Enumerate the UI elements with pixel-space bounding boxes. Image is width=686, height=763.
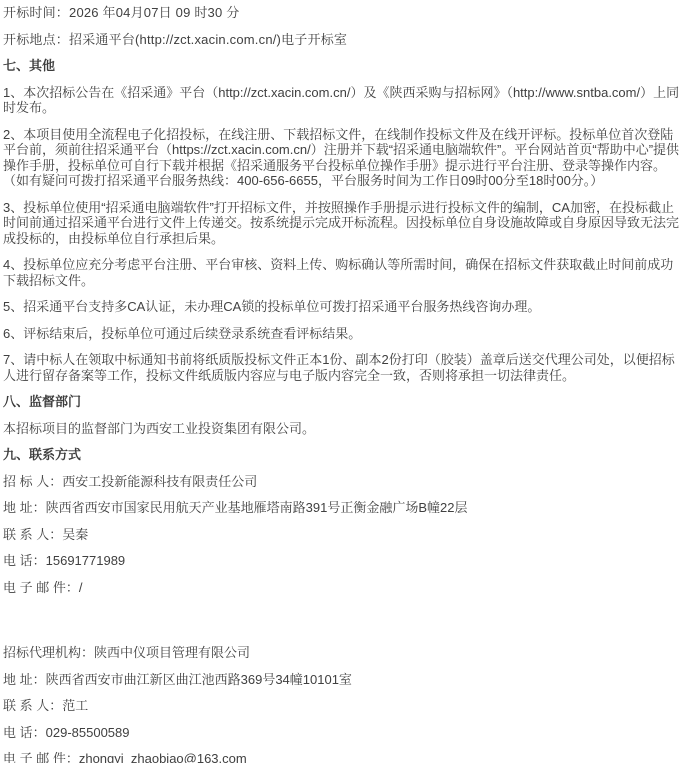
tenderer-phone-label: 电 话： <box>3 553 46 568</box>
section-heading-other: 七、其他 <box>3 58 682 74</box>
agency-contact-person-label: 联 系 人： <box>3 698 62 713</box>
bid-opening-time-line: 开标时间：2026 年04月07日 09 时30 分 <box>3 5 682 21</box>
agency-name-value: 陕西中仪项目管理有限公司 <box>94 645 250 660</box>
section-heading-contact: 九、联系方式 <box>3 447 682 463</box>
tenderer-phone-line: 电 话：15691771989 <box>3 553 682 569</box>
agency-name-line: 招标代理机构：陕西中仪项目管理有限公司 <box>3 645 682 661</box>
tenderer-phone-value: 15691771989 <box>46 553 126 568</box>
other-paragraph-4: 4、投标单位应充分考虑平台注册、平台审核、资料上传、购标确认等所需时间，确保在招… <box>3 257 682 288</box>
tenderer-contact-person-label: 联 系 人： <box>3 527 62 542</box>
agency-contact-person-value: 范工 <box>62 698 88 713</box>
agency-email-line: 电 子 邮 件：zhongyi_zhaobiao@163.com <box>3 751 682 763</box>
tenderer-name-label: 招 标 人： <box>3 474 62 489</box>
tender-announcement-document: 开标时间：2026 年04月07日 09 时30 分 开标地点：招采通平台(ht… <box>0 0 686 763</box>
supervision-body: 本招标项目的监督部门为西安工业投资集团有限公司。 <box>3 421 682 437</box>
tenderer-email-label: 电 子 邮 件： <box>3 580 79 595</box>
tenderer-contact-person-value: 吴秦 <box>62 527 88 542</box>
tenderer-name-line: 招 标 人：西安工投新能源科技有限责任公司 <box>3 474 682 490</box>
blank-spacer <box>3 606 682 634</box>
bid-opening-place-value: 招采通平台(http://zct.xacin.com.cn/)电子开标室 <box>69 32 347 47</box>
agency-name-label: 招标代理机构： <box>3 645 94 660</box>
bid-opening-time-value: 2026 年04月07日 09 时30 分 <box>69 5 239 20</box>
bid-opening-time-label: 开标时间： <box>3 5 69 20</box>
tenderer-email-value: / <box>79 580 83 595</box>
agency-email-label: 电 子 邮 件： <box>3 751 79 763</box>
tenderer-address-label: 地 址： <box>3 500 46 515</box>
agency-phone-line: 电 话：029-85500589 <box>3 725 682 741</box>
other-paragraph-1: 1、本次招标公告在《招采通》平台（http://zct.xacin.com.cn… <box>3 85 682 116</box>
other-paragraph-2: 2、本项目使用全流程电子化招投标，在线注册、下载招标文件，在线制作投标文件及在线… <box>3 127 682 189</box>
agency-address-line: 地 址：陕西省西安市曲江新区曲江池西路369号34幢10101室 <box>3 672 682 688</box>
agency-phone-label: 电 话： <box>3 725 46 740</box>
tenderer-address-value: 陕西省西安市国家民用航天产业基地雁塔南路391号正衡金融广场B幢22层 <box>46 500 468 515</box>
agency-address-label: 地 址： <box>3 672 46 687</box>
agency-contact-person-line: 联 系 人：范工 <box>3 698 682 714</box>
tenderer-email-line: 电 子 邮 件：/ <box>3 580 682 596</box>
tenderer-address-line: 地 址：陕西省西安市国家民用航天产业基地雁塔南路391号正衡金融广场B幢22层 <box>3 500 682 516</box>
other-paragraph-5: 5、招采通平台支持多CA认证，未办理CA锁的投标单位可拨打招采通平台服务热线咨询… <box>3 299 682 315</box>
bid-opening-place-label: 开标地点： <box>3 32 69 47</box>
section-heading-supervision: 八、监督部门 <box>3 394 682 410</box>
tenderer-name-value: 西安工投新能源科技有限责任公司 <box>62 474 257 489</box>
other-paragraph-6: 6、评标结束后，投标单位可通过后续登录系统查看评标结果。 <box>3 326 682 342</box>
agency-phone-value: 029-85500589 <box>46 725 130 740</box>
other-paragraph-3: 3、投标单位使用“招采通电脑端软件”打开招标文件，并按照操作手册提示进行投标文件… <box>3 200 682 247</box>
agency-address-value: 陕西省西安市曲江新区曲江池西路369号34幢10101室 <box>46 672 352 687</box>
tenderer-contact-person-line: 联 系 人：吴秦 <box>3 527 682 543</box>
other-paragraph-7: 7、请中标人在领取中标通知书前将纸质版投标文件正本1份、副本2份打印（胶装）盖章… <box>3 352 682 383</box>
agency-email-value: zhongyi_zhaobiao@163.com <box>79 751 247 763</box>
bid-opening-place-line: 开标地点：招采通平台(http://zct.xacin.com.cn/)电子开标… <box>3 32 682 48</box>
